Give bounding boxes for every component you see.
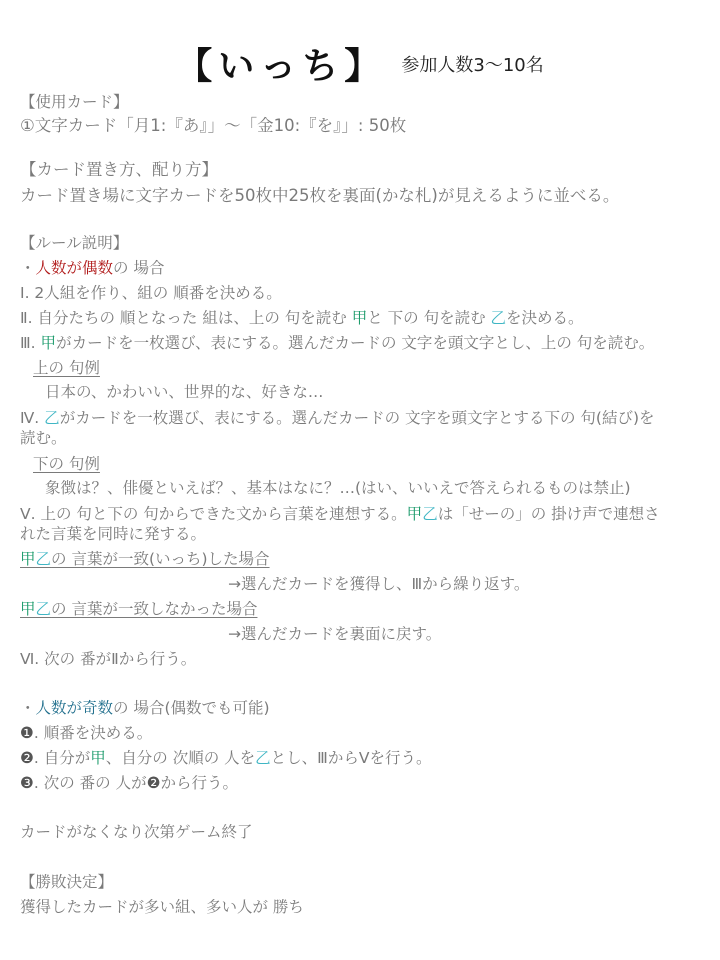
step-3: Ⅲ. 甲がカードを一枚選び、表にする。選んだカードの 文字を頭文字とし、上の 句…	[20, 333, 654, 353]
nomatch-case-label: 甲乙の 言葉が一致しなかった場合	[20, 599, 257, 619]
win-text: 獲得したカードが多い組、多い人が 勝ち	[20, 897, 304, 917]
kou-label: 甲	[41, 334, 57, 352]
match-result: →選んだカードを獲得し、Ⅲから繰り返す。	[228, 574, 529, 594]
odd-highlight: 奇数	[82, 699, 113, 717]
lower-example-label: 下の 句例	[33, 454, 100, 474]
number-3-icon: ❸	[20, 774, 34, 792]
cards-heading: 【使用カード】	[20, 92, 129, 112]
odd-step-3: ❸. 次の 番の 人が❷から行う。	[20, 773, 238, 793]
player-count: 参加人数3〜10名	[401, 55, 543, 76]
game-end-text: カードがなくなり次第ゲーム終了	[20, 822, 253, 842]
step-1: Ⅰ. 2人組を作り、組の 順番を決める。	[20, 283, 282, 303]
odd-step-1: ❶. 順番を決める。	[20, 723, 152, 743]
cards-item: ①文字カード「月1:『あ』」〜「金10:『を』」: 50枚	[20, 116, 406, 136]
number-2-icon: ❷	[147, 774, 161, 792]
placement-text: カード置き場に文字カードを50枚中25枚を裏面(かな札)が見えるように並べる。	[20, 186, 619, 206]
placement-heading: 【カード置き方、配り方】	[20, 160, 218, 180]
upper-example-text: 日本の、かわいい、世界的な、好きな…	[45, 382, 323, 402]
step-5: Ⅴ. 上の 句と下の 句からできた文から言葉を連想する。甲乙は「せーの」の 掛け…	[20, 504, 660, 524]
step-5-cont: れた言葉を同時に発する。	[20, 524, 206, 544]
number-2-icon: ❷	[20, 749, 34, 767]
title-row: 【いっち】 参加人数3〜10名	[0, 38, 720, 89]
odd-step-2: ❷. 自分が甲、自分の 次順の 人を乙とし、ⅢからⅤを行う。	[20, 748, 431, 768]
win-heading: 【勝敗決定】	[20, 872, 113, 892]
even-highlight: 人数が偶数	[36, 259, 114, 277]
odd-case-heading: ・人数が奇数の 場合(偶数でも可能)	[20, 698, 270, 718]
otsu-label: 乙	[491, 309, 507, 327]
kou-label: 甲	[352, 309, 368, 327]
nomatch-result: →選んだカードを裏面に戻す。	[228, 624, 441, 644]
upper-example-label: 上の 句例	[33, 358, 100, 378]
lower-example-text: 象徴は？、俳優といえば？、基本はなに？…(はい、いいえで答えられるものは禁止)	[45, 478, 631, 498]
step-2: Ⅱ. 自分たちの 順となった 組は、上の 句を読む 甲と 下の 句を読む 乙を決…	[20, 308, 584, 328]
page-title: 【いっち】	[176, 45, 386, 87]
step-6: Ⅵ. 次の 番がⅡから行う。	[20, 649, 196, 669]
step-4-cont: 読む。	[20, 428, 67, 448]
match-case-label: 甲乙の 言葉が一致(いっち)した場合	[20, 549, 270, 569]
step-4: Ⅳ. 乙がカードを一枚選び、表にする。選んだカードの 文字を頭文字とする下の 句…	[20, 408, 655, 428]
rules-heading: 【ルール説明】	[20, 233, 128, 253]
otsu-label: 乙	[44, 409, 60, 427]
even-case-heading: ・人数が偶数の 場合	[20, 258, 164, 278]
number-1-icon: ❶	[20, 724, 34, 742]
